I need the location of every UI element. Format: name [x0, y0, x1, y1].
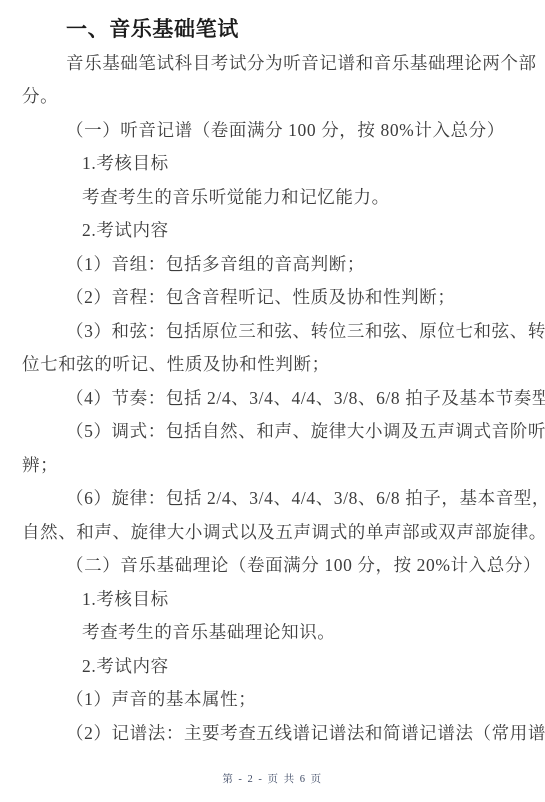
text-line: 考查考生的音乐基础理论知识。: [22, 616, 523, 650]
text-line: （5）调式：包括自然、和声、旋律大小调及五声调式音阶听: [22, 415, 523, 449]
document-page: 一、音乐基础笔试音乐基础笔试科目考试分为听音记谱和音乐基础理论两个部分。（一）听…: [0, 0, 545, 802]
text-line: 位七和弦的听记、性质及协和性判断；: [22, 348, 523, 382]
text-line: 音乐基础笔试科目考试分为听音记谱和音乐基础理论两个部: [22, 47, 523, 81]
text-line: （二）音乐基础理论（卷面满分 100 分，按 20%计入总分）: [22, 549, 523, 583]
text-line: （3）和弦：包括原位三和弦、转位三和弦、原位七和弦、转: [22, 315, 523, 349]
text-line: 考查考生的音乐听觉能力和记忆能力。: [22, 181, 523, 215]
text-line: 2.考试内容: [22, 214, 523, 248]
text-line: （2）音程：包含音程听记、性质及协和性判断；: [22, 281, 523, 315]
text-line: （1）音组：包括多音组的音高判断；: [22, 248, 523, 282]
text-line: 2.考试内容: [22, 650, 523, 684]
text-line: （4）节奏：包括 2/4、3/4、4/4、3/8、6/8 拍子及基本节奏型；: [22, 382, 523, 416]
text-line: （6）旋律：包括 2/4、3/4、4/4、3/8、6/8 拍子，基本音型，: [22, 482, 523, 516]
text-line: （1）声音的基本属性；: [22, 683, 523, 717]
text-line: 1.考核目标: [22, 583, 523, 617]
text-line: （2）记谱法：主要考查五线谱记谱法和简谱记谱法（常用谱: [22, 717, 523, 751]
text-line: 分。: [22, 80, 523, 114]
text-line: 自然、和声、旋律大小调式以及五声调式的单声部或双声部旋律。: [22, 516, 523, 550]
section-heading: 一、音乐基础笔试: [22, 13, 523, 47]
document-body: 一、音乐基础笔试音乐基础笔试科目考试分为听音记谱和音乐基础理论两个部分。（一）听…: [0, 0, 545, 750]
text-line: 1.考核目标: [22, 147, 523, 181]
page-footer: 第 - 2 - 页 共 6 页: [0, 771, 545, 786]
text-line: （一）听音记谱（卷面满分 100 分，按 80%计入总分）: [22, 114, 523, 148]
text-line: 辨；: [22, 449, 523, 483]
